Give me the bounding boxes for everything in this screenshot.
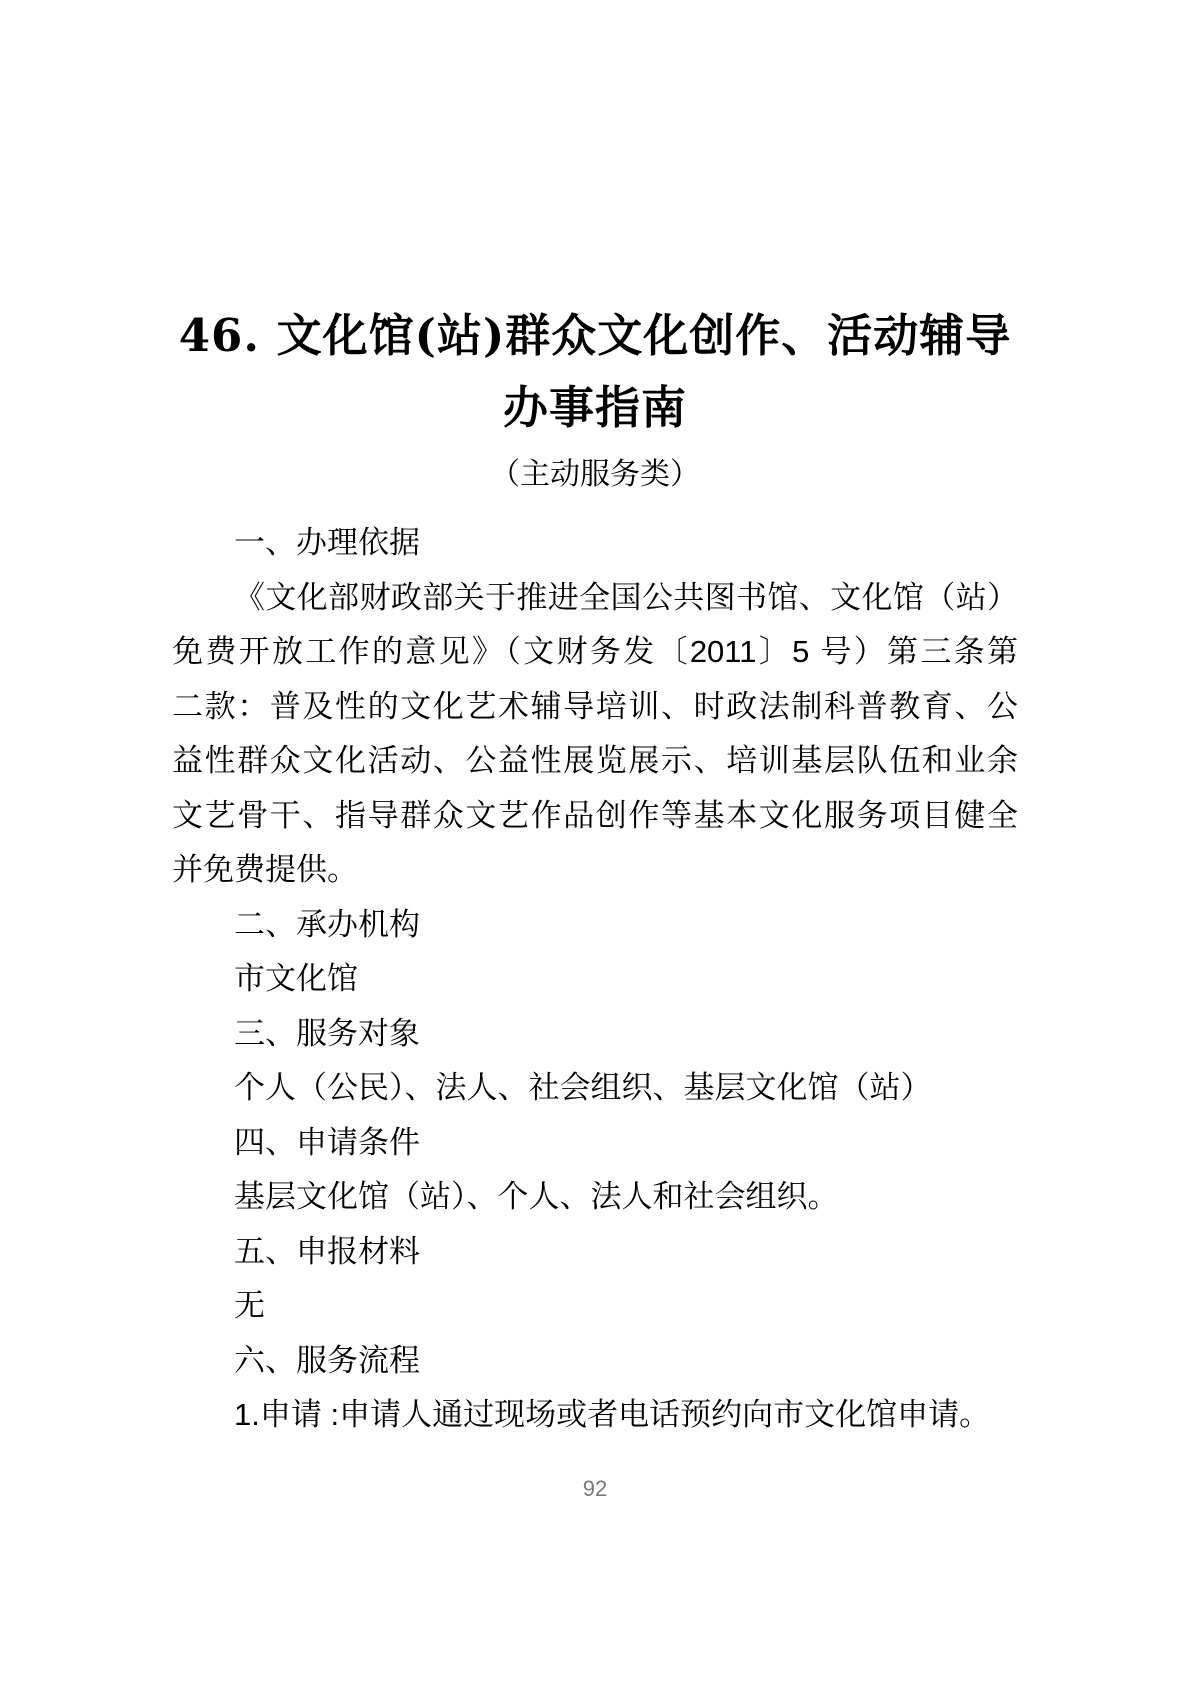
- body-line-11: 个人（公民）、法人、社会组织、基层文化馆（站）: [172, 1061, 1018, 1116]
- body-line-13: 基层文化馆（站）、个人、法人和社会组织。: [172, 1170, 1018, 1225]
- body-line-3: 免费开放工作的意见》（文财务发〔2011〕5 号）第三条第: [172, 625, 1018, 680]
- body-line-12: 四、申请条件: [172, 1116, 1018, 1171]
- title-line-1: 46. 文化馆(站)群众文化创作、活动辅导: [0, 300, 1190, 372]
- document-body: 一、办理依据《文化部财政部关于推进全国公共图书馆、文化馆（站）免费开放工作的意见…: [172, 516, 1018, 1443]
- body-line-10: 三、服务对象: [172, 1007, 1018, 1062]
- document-title: 46. 文化馆(站)群众文化创作、活动辅导 办事指南: [0, 0, 1190, 444]
- body-line-7: 并免费提供。: [172, 843, 1018, 898]
- body-line-2: 《文化部财政部关于推进全国公共图书馆、文化馆（站）: [172, 571, 1018, 626]
- body-line-8: 二、承办机构: [172, 898, 1018, 953]
- body-line-14: 五、申报材料: [172, 1225, 1018, 1280]
- body-line-6: 文艺骨干、指导群众文艺作品创作等基本文化服务项目健全: [172, 789, 1018, 844]
- body-line-16: 六、服务流程: [172, 1334, 1018, 1389]
- document-page: 46. 文化馆(站)群众文化创作、活动辅导 办事指南 （主动服务类） 一、办理依…: [0, 0, 1190, 1683]
- title-line-2: 办事指南: [0, 372, 1190, 444]
- body-line-15: 无: [172, 1279, 1018, 1334]
- body-line-4: 二款：普及性的文化艺术辅导培训、时政法制科普教育、公: [172, 680, 1018, 735]
- page-number: 92: [0, 1476, 1190, 1502]
- body-line-1: 一、办理依据: [172, 516, 1018, 571]
- document-subtitle: （主动服务类）: [0, 454, 1190, 496]
- body-line-9: 市文化馆: [172, 952, 1018, 1007]
- body-line-5: 益性群众文化活动、公益性展览展示、培训基层队伍和业余: [172, 734, 1018, 789]
- body-line-17: 1.申请 :申请人通过现场或者电话预约向市文化馆申请。: [172, 1388, 1018, 1443]
